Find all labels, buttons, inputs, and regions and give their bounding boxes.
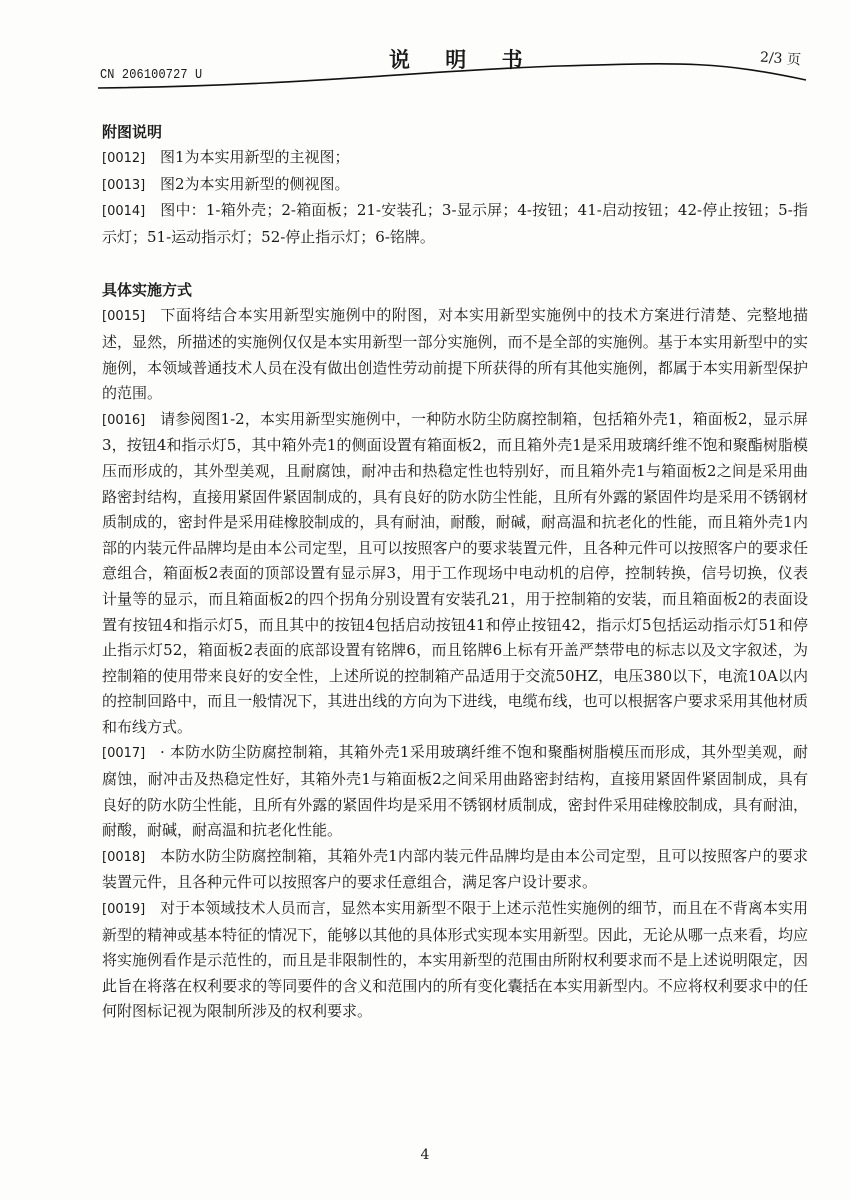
paragraph-number: [0016] [102, 408, 160, 434]
patent-page: CN 206100727 U 说 明 书 2/3 页 附图说明 [0012]图1… [0, 0, 850, 1200]
paragraph: [0015]下面将结合本实用新型实施例中的附图，对本实用新型实施例中的技术方案进… [102, 303, 808, 406]
paragraph-number: [0014] [102, 199, 160, 225]
paragraph: [0018]本防水防尘防腐控制箱，其箱外壳1内部内装元件品牌均是由本公司定型，且… [102, 844, 808, 896]
section-spacer [102, 250, 808, 278]
paragraph: [0017]· 本防水防尘防腐控制箱，其箱外壳1采用玻璃纤维不饱和聚酯树脂模压而… [102, 740, 808, 843]
paragraph: [0013]图2为本实用新型的侧视图。 [102, 172, 808, 199]
paragraph-text: 对于本领域技术人员而言，显然本实用新型不限于上述示范性实施例的细节，而且在不背离… [102, 899, 808, 1020]
paragraph-number: [0017] [102, 741, 160, 767]
paragraph-text: · 本防水防尘防腐控制箱，其箱外壳1采用玻璃纤维不饱和聚酯树脂模压而形成，其外型… [102, 743, 808, 839]
page-number: 4 [0, 1147, 850, 1163]
paragraph-text: 请参阅图1-2，本实用新型实施例中，一种防水防尘防腐控制箱，包括箱外壳1，箱面板… [102, 410, 808, 736]
paragraph-number: [0012] [102, 146, 160, 172]
paragraph-text: 图1为本实用新型的主视图； [160, 148, 350, 166]
paragraph-text: 本防水防尘防腐控制箱，其箱外壳1内部内装元件品牌均是由本公司定型，且可以按照客户… [102, 847, 808, 892]
paragraph-number: [0013] [102, 173, 160, 199]
paragraph-number: [0019] [102, 897, 160, 923]
paragraph: [0012]图1为本实用新型的主视图； [102, 145, 808, 172]
paragraph-text: 图中：1-箱外壳；2-箱面板；21-安装孔；3-显示屏；4-按钮；41-启动按钮… [102, 201, 808, 246]
paragraph: [0019]对于本领域技术人员而言，显然本实用新型不限于上述示范性实施例的细节，… [102, 896, 808, 1025]
document-title: 说 明 书 [389, 44, 537, 74]
patent-id: CN 206100727 U [100, 67, 202, 83]
section-title-figures: 附图说明 [102, 120, 808, 145]
paragraph: [0016]请参阅图1-2，本实用新型实施例中，一种防水防尘防腐控制箱，包括箱外… [102, 407, 808, 741]
paragraph-text: 下面将结合本实用新型实施例中的附图，对本实用新型实施例中的技术方案进行清楚、完整… [102, 306, 808, 402]
document-body: 附图说明 [0012]图1为本实用新型的主视图； [0013]图2为本实用新型的… [102, 120, 808, 1025]
page-indicator: 2/3 页 [759, 47, 801, 70]
paragraph-number: [0015] [102, 304, 160, 330]
paragraph-text: 图2为本实用新型的侧视图。 [160, 175, 350, 193]
section-title-embodiments: 具体实施方式 [102, 278, 808, 303]
paragraph-number: [0018] [102, 845, 160, 871]
paragraph: [0014]图中：1-箱外壳；2-箱面板；21-安装孔；3-显示屏；4-按钮；4… [102, 198, 808, 250]
